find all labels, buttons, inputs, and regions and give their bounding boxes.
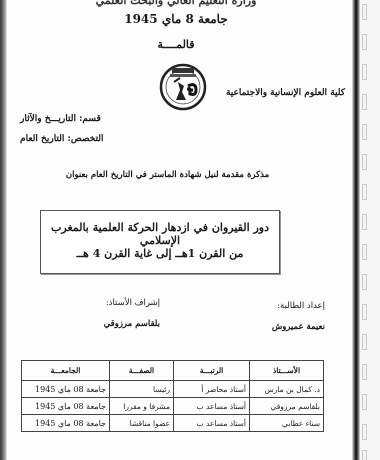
cell-rank: أستاذ مساعد ب <box>174 398 250 415</box>
ministry-heading: وزارة التعليم العالي والبحث العلمي <box>0 0 352 7</box>
header-rank: الرتبـــة <box>174 361 250 381</box>
jury-table-header: الجامعـــة الصفـــة الرتبـــة الأســـتاذ <box>22 361 324 381</box>
cell-professor: د. كمال بن مارس <box>250 381 324 398</box>
specialization-label: التخصص: التاريخ العام <box>20 134 150 144</box>
cell-role: رئيسا <box>110 381 174 398</box>
memoir-intro: مذكرة مقدمة لنيل شهادة الماستر في التاري… <box>60 170 275 180</box>
cell-university: جامعة 08 ماي 1945 <box>22 415 110 432</box>
binding-holes <box>362 0 370 460</box>
table-row: جامعة 08 ماي 1945 مشرفا و مقررا أستاذ مس… <box>22 398 324 415</box>
table-row: جامعة 08 ماي 1945 عضوا مناقشا أستاذ مساع… <box>22 415 324 432</box>
faculty-name: كلية العلوم الإنسانية والاجتماعية <box>215 88 345 98</box>
binding-edge <box>352 0 360 460</box>
page-left-shadow <box>0 0 7 460</box>
supervisor-name: بلقاسم مرزوقي <box>40 319 160 329</box>
university-name: جامعة 8 ماي 1945 <box>0 12 352 26</box>
cell-role: مشرفا و مقررا <box>110 398 174 415</box>
thesis-title-line2: من القرن 1هــ إلى غاية القرن 4 هــ <box>41 247 279 260</box>
department-label: قسم: التاريـــخ والآثار <box>20 114 150 124</box>
header-professor: الأســـتاذ <box>250 361 324 381</box>
cell-role: عضوا مناقشا <box>110 415 174 432</box>
header-university: الجامعـــة <box>22 361 110 381</box>
cell-professor: سناء عطابي <box>250 415 324 432</box>
thesis-title-line1: دور القيروان في ازدهار الحركة العلمية با… <box>41 221 279 247</box>
supervised-by-label: إشراف الأستاذ: <box>40 298 160 308</box>
prepared-by-label: إعداد الطالبة: <box>205 301 325 311</box>
table-row: جامعة 08 ماي 1945 رئيسا أستاذ محاضر أ د.… <box>22 381 324 398</box>
header-role: الصفـــة <box>110 361 174 381</box>
university-logo-icon <box>158 62 208 112</box>
student-name: نعيمة عميروش <box>205 322 325 332</box>
scanned-document-page: وزارة التعليم العالي والبحث العلمي جامعة… <box>0 0 380 460</box>
jury-table: الجامعـــة الصفـــة الرتبـــة الأســـتاذ… <box>21 360 324 432</box>
thesis-title-box: دور القيروان في ازدهار الحركة العلمية با… <box>40 210 280 274</box>
cell-university: جامعة 08 ماي 1945 <box>22 398 110 415</box>
city-name: قالمــــة <box>0 38 352 51</box>
cell-university: جامعة 08 ماي 1945 <box>22 381 110 398</box>
cell-rank: أستاذ مساعد ب <box>174 415 250 432</box>
cell-professor: بلقاسم مرزوقي <box>250 398 324 415</box>
cell-rank: أستاذ محاضر أ <box>174 381 250 398</box>
